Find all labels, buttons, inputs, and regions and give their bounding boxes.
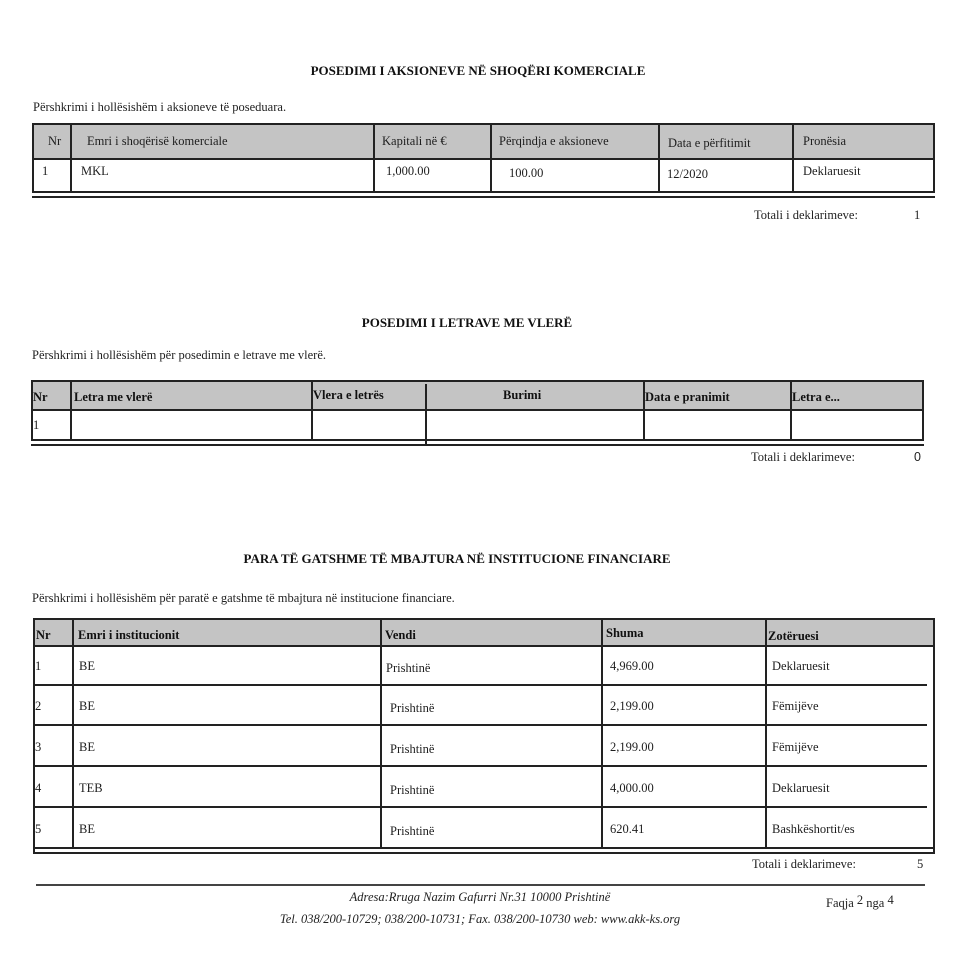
cell-place: Prishtinë xyxy=(390,783,434,798)
cell-institution: BE xyxy=(79,659,95,674)
section-title-cash: PARA TË GATSHME TË MBAJTURA NË INSTITUCI… xyxy=(0,551,914,567)
col-header-nr: Nr xyxy=(48,134,61,149)
col-header-holder: Zotëruesi xyxy=(768,629,819,644)
cell-place: Prishtinë xyxy=(390,701,434,716)
cell-holder: Fëmijëve xyxy=(772,740,819,755)
col-header-acquisition-date: Data e përfitimit xyxy=(668,136,751,151)
cell-holder: Deklaruesit xyxy=(772,659,830,674)
cell-place: Prishtinë xyxy=(386,661,430,676)
cell-company-name: MKL xyxy=(81,164,109,179)
cell-nr: 5 xyxy=(35,822,41,837)
section-description-cash: Përshkrimi i hollësishëm për paratë e ga… xyxy=(32,591,455,606)
col-header-source: Burimi xyxy=(503,388,541,403)
cell-amount: 2,199.00 xyxy=(610,740,654,755)
cell-amount: 4,969.00 xyxy=(610,659,654,674)
total-value: 0 xyxy=(914,450,921,464)
cell-amount: 620.41 xyxy=(610,822,644,837)
total-label: Totali i deklarimeve: xyxy=(751,450,855,464)
col-header-share-percentage: Përqindja e aksioneve xyxy=(499,134,609,149)
cell-capital: 1,000.00 xyxy=(386,164,430,179)
col-header-letter: Letra e... xyxy=(792,390,840,405)
cell-place: Prishtinë xyxy=(390,742,434,757)
col-header-ownership: Pronësia xyxy=(803,134,846,149)
cell-nr: 4 xyxy=(35,781,41,796)
cell-share-percentage: 100.00 xyxy=(509,166,543,181)
col-header-capital: Kapitali në € xyxy=(382,134,447,149)
cell-holder: Bashkëshortit/es xyxy=(772,822,855,837)
page-current: 2 xyxy=(857,893,863,907)
col-header-nr: Nr xyxy=(33,390,48,405)
cell-holder: Deklaruesit xyxy=(772,781,830,796)
page-total: 4 xyxy=(887,893,893,907)
page-number: Faqja 2 nga 4 xyxy=(826,896,894,911)
total-value: 5 xyxy=(917,857,923,872)
footer-address: Adresa:Rruga Nazim Gafurri Nr.31 10000 P… xyxy=(230,890,730,905)
shares-total: Totali i deklarimeve: 1 xyxy=(754,208,858,223)
cell-institution: BE xyxy=(79,699,95,714)
cell-nr: 1 xyxy=(35,659,41,674)
col-header-place: Vendi xyxy=(385,628,416,643)
cell-ownership: Deklaruesit xyxy=(803,164,861,179)
cell-nr: 3 xyxy=(35,740,41,755)
page-of-label: nga xyxy=(866,896,884,910)
footer-divider xyxy=(36,884,925,886)
col-header-institution: Emri i institucionit xyxy=(78,628,179,643)
cell-amount: 4,000.00 xyxy=(610,781,654,796)
securities-total: Totali i deklarimeve: 0 xyxy=(751,450,855,465)
section-title-securities: POSEDIMI I LETRAVE ME VLERË xyxy=(0,315,934,331)
section-description-securities: Përshkrimi i hollësishëm për posedimin e… xyxy=(32,348,326,363)
col-header-amount: Shuma xyxy=(606,626,644,641)
cell-nr: 1 xyxy=(42,164,48,179)
section-title-shares: POSEDIMI I AKSIONEVE NË SHOQËRI KOMERCIA… xyxy=(0,63,956,79)
cell-institution: BE xyxy=(79,740,95,755)
section-description-shares: Përshkrimi i hollësishëm i aksioneve të … xyxy=(33,100,286,115)
cell-holder: Fëmijëve xyxy=(772,699,819,714)
total-label: Totali i deklarimeve: xyxy=(754,208,858,222)
cell-place: Prishtinë xyxy=(390,824,434,839)
cell-nr: 1 xyxy=(33,418,39,433)
cell-acquisition-date: 12/2020 xyxy=(667,167,708,182)
cell-nr: 2 xyxy=(35,699,41,714)
col-header-nr: Nr xyxy=(36,628,51,643)
total-label: Totali i deklarimeve: xyxy=(752,857,856,871)
cell-institution: BE xyxy=(79,822,95,837)
total-value: 1 xyxy=(914,208,920,223)
cash-total: Totali i deklarimeve: 5 xyxy=(752,857,856,872)
col-header-receipt-date: Data e pranimit xyxy=(645,390,730,405)
page-label: Faqja xyxy=(826,896,854,910)
col-header-company-name: Emri i shoqërisë komerciale xyxy=(87,134,228,149)
col-header-security-value: Vlera e letrës xyxy=(313,388,384,403)
cell-amount: 2,199.00 xyxy=(610,699,654,714)
col-header-security: Letra me vlerë xyxy=(74,390,152,405)
cell-institution: TEB xyxy=(79,781,103,796)
footer-contact: Tel. 038/200-10729; 038/200-10731; Fax. … xyxy=(230,912,730,927)
